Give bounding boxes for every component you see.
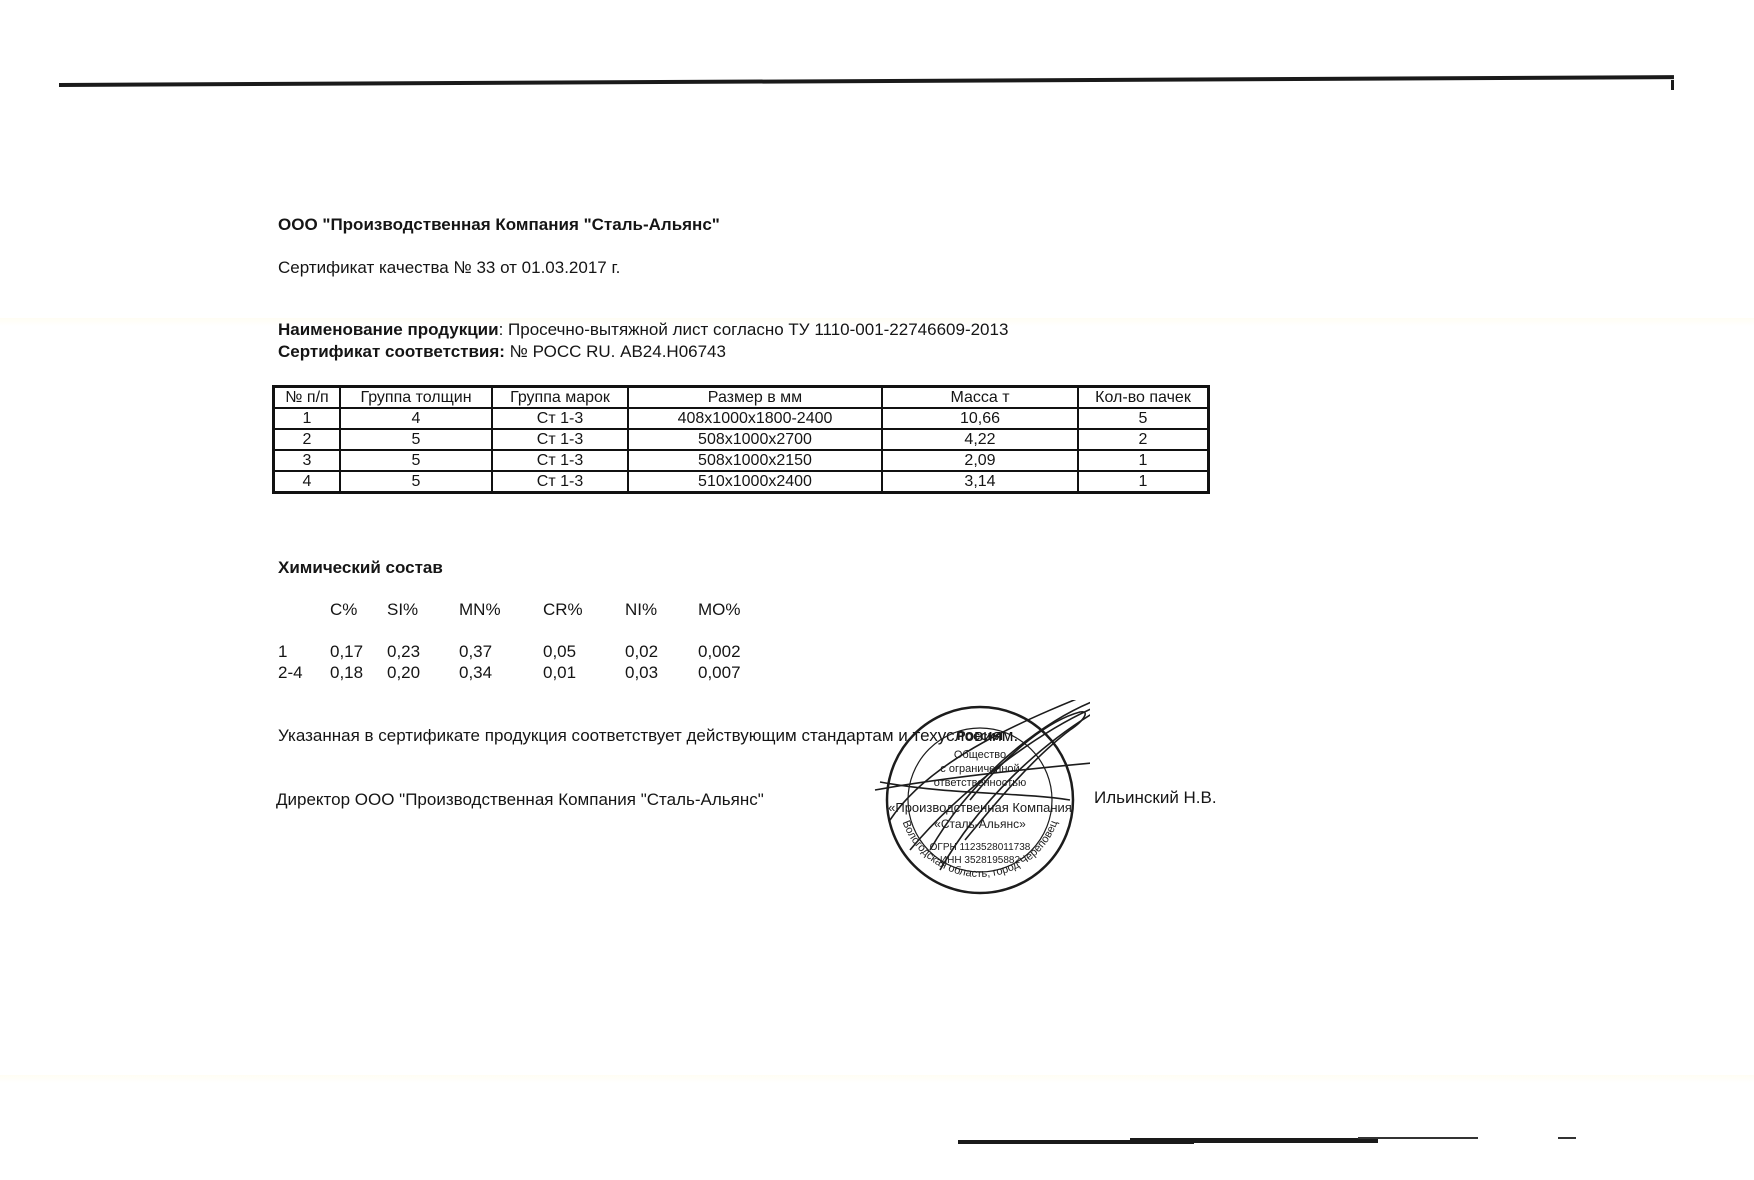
conformity-label: Сертификат соответствия: — [278, 342, 505, 361]
company-title: ООО "Производственная Компания "Сталь-Ал… — [278, 215, 720, 235]
table-cell: 5 — [340, 471, 492, 493]
chemistry-header: SI% — [387, 600, 418, 620]
table-cell: 3 — [274, 450, 341, 471]
column-header: № п/п — [274, 387, 341, 409]
table-cell: 5 — [340, 429, 492, 450]
chemistry-header: MO% — [698, 600, 741, 620]
bottom-border-line — [1358, 1137, 1478, 1139]
chemistry-value: 0,18 — [330, 663, 363, 683]
table-cell: 408x1000x1800-2400 — [628, 408, 882, 429]
chemistry-value: 0,34 — [459, 663, 492, 683]
chemistry-value: 2-4 — [278, 663, 303, 683]
product-name-value: : Просечно-вытяжной лист согласно ТУ 111… — [499, 320, 1009, 339]
table-cell: 508x1000x2150 — [628, 450, 882, 471]
table-cell: Ст 1-3 — [492, 471, 628, 493]
product-name-label: Наименование продукции — [278, 320, 499, 339]
table-cell: 2 — [274, 429, 341, 450]
conformity-value: № РОСС RU. АВ24.Н06743 — [505, 342, 726, 361]
table-cell: 5 — [340, 450, 492, 471]
table-cell: 1 — [274, 408, 341, 429]
quality-certificate-line: Сертификат качества № 33 от 01.03.2017 г… — [278, 258, 620, 278]
chemistry-header: NI% — [625, 600, 657, 620]
column-header: Кол-во пачек — [1078, 387, 1209, 409]
bottom-border-line — [1130, 1138, 1378, 1143]
chemistry-value: 0,17 — [330, 642, 363, 662]
table-cell: Ст 1-3 — [492, 429, 628, 450]
signatory-name: Ильинский Н.В. — [1094, 788, 1217, 808]
table-cell: 1 — [1078, 450, 1209, 471]
column-header: Группа марок — [492, 387, 628, 409]
top-border-line — [59, 75, 1674, 87]
conformity-certificate-line: Сертификат соответствия: № РОСС RU. АВ24… — [278, 342, 726, 362]
products-table: № п/п Группа толщин Группа марок Размер … — [272, 385, 1210, 494]
table-cell: 510x1000x2400 — [628, 471, 882, 493]
table-cell: 3,14 — [882, 471, 1078, 493]
chemistry-value: 0,05 — [543, 642, 576, 662]
chemistry-header: MN% — [459, 600, 501, 620]
chemistry-title: Химический состав — [278, 558, 443, 578]
chemistry-value: 0,23 — [387, 642, 420, 662]
chemistry-value: 1 — [278, 642, 287, 662]
table-cell: 4,22 — [882, 429, 1078, 450]
chemistry-value: 0,007 — [698, 663, 741, 683]
product-name-line: Наименование продукции: Просечно-вытяжно… — [278, 320, 1008, 340]
scan-artifact-band — [0, 1075, 1754, 1083]
chemistry-value: 0,01 — [543, 663, 576, 683]
chemistry-value: 0,002 — [698, 642, 741, 662]
table-cell: 4 — [340, 408, 492, 429]
top-border-tick — [1671, 80, 1674, 90]
chemistry-value: 0,37 — [459, 642, 492, 662]
chemistry-value: 0,03 — [625, 663, 658, 683]
chemistry-value: 0,20 — [387, 663, 420, 683]
table-row: 35Ст 1-3508x1000x21502,091 — [274, 450, 1209, 471]
table-cell: 10,66 — [882, 408, 1078, 429]
column-header: Размер в мм — [628, 387, 882, 409]
table-header-row: № п/п Группа толщин Группа марок Размер … — [274, 387, 1209, 409]
table-cell: Ст 1-3 — [492, 450, 628, 471]
table-cell: 2,09 — [882, 450, 1078, 471]
table-row: 45Ст 1-3510x1000x24003,141 — [274, 471, 1209, 493]
table-cell: 5 — [1078, 408, 1209, 429]
bottom-border-line — [1558, 1137, 1576, 1139]
stamp-text: «Сталь-Альянс» — [934, 817, 1026, 831]
stamp-text: ОГРН 1123528011738 — [930, 842, 1031, 853]
table-cell: 1 — [1078, 471, 1209, 493]
column-header: Группа толщин — [340, 387, 492, 409]
table-cell: Ст 1-3 — [492, 408, 628, 429]
director-title: Директор ООО "Производственная Компания … — [276, 790, 764, 810]
chemistry-value: 0,02 — [625, 642, 658, 662]
stamp-text: с ограниченной — [940, 763, 1019, 775]
column-header: Масса т — [882, 387, 1078, 409]
table-cell: 4 — [274, 471, 341, 493]
chemistry-header: C% — [330, 600, 357, 620]
company-stamp-icon: РоссияОбществос ограниченнойответственно… — [870, 700, 1090, 900]
table-cell: 2 — [1078, 429, 1209, 450]
chemistry-header: CR% — [543, 600, 583, 620]
table-cell: 508x1000x2700 — [628, 429, 882, 450]
table-row: 25Ст 1-3508x1000x27004,222 — [274, 429, 1209, 450]
table-row: 14Ст 1-3408x1000x1800-240010,665 — [274, 408, 1209, 429]
